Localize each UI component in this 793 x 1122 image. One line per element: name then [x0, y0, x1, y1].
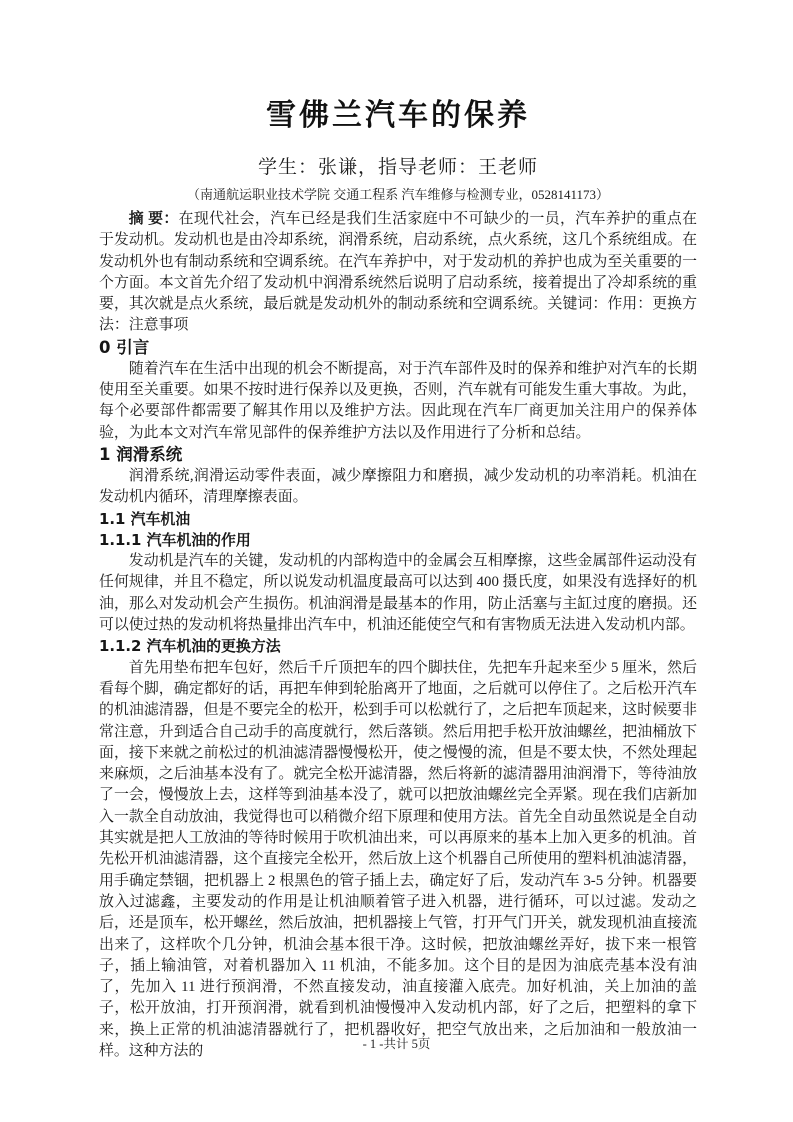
- heading-introduction: 0 引言: [99, 337, 697, 359]
- byline: 学生：张谦，指导老师：王老师: [99, 153, 697, 182]
- abstract-paragraph: 摘 要：在现代社会，汽车已经是我们生活家庭中不可缺少的一员，汽车养护的重点在于发…: [99, 209, 697, 337]
- page-title: 雪佛兰汽车的保养: [99, 97, 697, 135]
- document-content: 雪佛兰汽车的保养 学生：张谦，指导老师：王老师 （南通航运职业技术学院 交通工程…: [99, 0, 697, 1062]
- heading-engine-oil-function: 1.1.1 汽车机油的作用: [99, 530, 697, 551]
- heading-engine-oil: 1.1 汽车机油: [99, 509, 697, 530]
- document-page: 雪佛兰汽车的保养 学生：张谦，指导老师：王老师 （南通航运职业技术学院 交通工程…: [0, 0, 793, 1122]
- heading-engine-oil-replacement: 1.1.2 汽车机油的更换方法: [99, 636, 697, 657]
- paragraph-introduction: 随着汽车在生活中出现的机会不断提高，对于汽车部件及时的保养和维护对汽车的长期使用…: [99, 359, 697, 444]
- affiliation: （南通航运职业技术学院 交通工程系 汽车维修与检测专业，0528141173）: [99, 186, 697, 204]
- abstract-text: 在现代社会，汽车已经是我们生活家庭中不可缺少的一员，汽车养护的重点在于发动机。发…: [99, 211, 697, 333]
- heading-lubrication-system: 1 润滑系统: [99, 444, 697, 466]
- abstract-label: 摘 要：: [129, 211, 179, 227]
- page-number-footer: - 1 -共计 5页: [0, 1036, 793, 1053]
- paragraph-engine-oil-replacement: 首先用垫布把车包好，然后千斤顶把车的四个脚扶住，先把车升起来至少 5 厘米，然后…: [99, 658, 697, 1063]
- paragraph-lubrication-system: 润滑系统,润滑运动零件表面，减少摩擦阻力和磨损，减少发动机的功率消耗。机油在发动…: [99, 466, 697, 509]
- paragraph-engine-oil-function: 发动机是汽车的关键，发动机的内部构造中的金属会互相摩擦，这些金属部件运动没有任何…: [99, 551, 697, 636]
